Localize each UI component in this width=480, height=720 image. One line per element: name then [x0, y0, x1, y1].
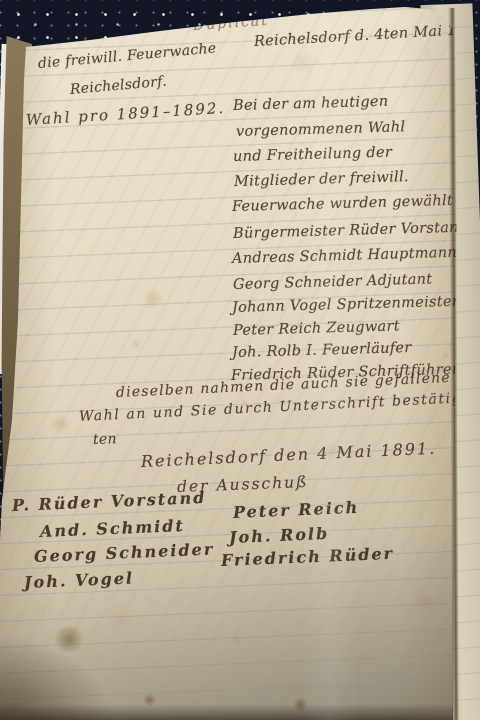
body-line-3: und Freitheilung der [233, 145, 393, 165]
date-line: Reichelsdorf den 4 Mai 1891. [141, 439, 437, 471]
body-line-11: Joh. Rolb I. Feuerläufer [232, 340, 412, 361]
signature-right-2: Joh. Rolb [229, 524, 330, 547]
foxing-stain [292, 698, 309, 711]
foxing-stain [412, 592, 438, 612]
body-line-9: Johann Vogel Spritzenmeister [232, 294, 459, 316]
top-annotation: Duplicat [192, 13, 269, 34]
body-line-1: Bei der am heutigen [233, 94, 389, 114]
margin-heading: Wahl pro 1891–1892. [25, 99, 225, 129]
body-line-6: Bürgermeister Rüder Vorstand [233, 219, 469, 242]
ink-blot [0, 0, 9, 11]
foxing-stain [101, 607, 141, 631]
place-date-header: Reichelsdorf d. 4ten Mai 1890 [254, 21, 480, 50]
foxing-stain [390, 650, 400, 658]
foxing-stain [442, 352, 450, 359]
foxing-stain [231, 635, 244, 645]
addressee-line-2: Reichelsdorf. [69, 74, 167, 98]
foxing-stain [142, 694, 157, 706]
addressee-line-1: die freiwill. Feuerwache [37, 40, 217, 72]
closing-line-3: ten [93, 431, 117, 448]
signature-right-3: Friedrich Rüder [221, 544, 395, 570]
foxing-stain [48, 415, 72, 433]
signature-right-1: Peter Reich [233, 498, 360, 522]
body-line-10: Peter Reich Zeugwart [233, 318, 400, 339]
signature-left-1: P. Rüder Vorstand [12, 488, 207, 515]
strike-through-mark [0, 9, 128, 15]
foxing-stain [52, 626, 86, 652]
foxing-stain [140, 289, 166, 309]
body-line-7: Andreas Schmidt Hauptmann [232, 245, 457, 267]
foxing-stain [285, 52, 319, 74]
foxing-stain [420, 48, 436, 58]
signature-left-2: And. Schmidt [40, 516, 186, 541]
body-line-5: Feuerwache wurden gewählt [232, 193, 453, 215]
foxing-stain [130, 339, 142, 349]
body-line-8: Georg Schneider Adjutant [233, 271, 433, 293]
photo-backdrop: Duplicat Reichelsdorf d. 4ten Mai 1890 d… [0, 0, 480, 720]
signature-left-3: Georg Schneider [34, 539, 215, 566]
manuscript-page: Duplicat Reichelsdorf d. 4ten Mai 1890 d… [0, 0, 480, 720]
body-line-2: vorgenommenen Wahl [236, 119, 406, 140]
signature-left-4: Joh. Vogel [24, 568, 135, 592]
body-line-4: Mitglieder der freiwill. [234, 169, 409, 190]
